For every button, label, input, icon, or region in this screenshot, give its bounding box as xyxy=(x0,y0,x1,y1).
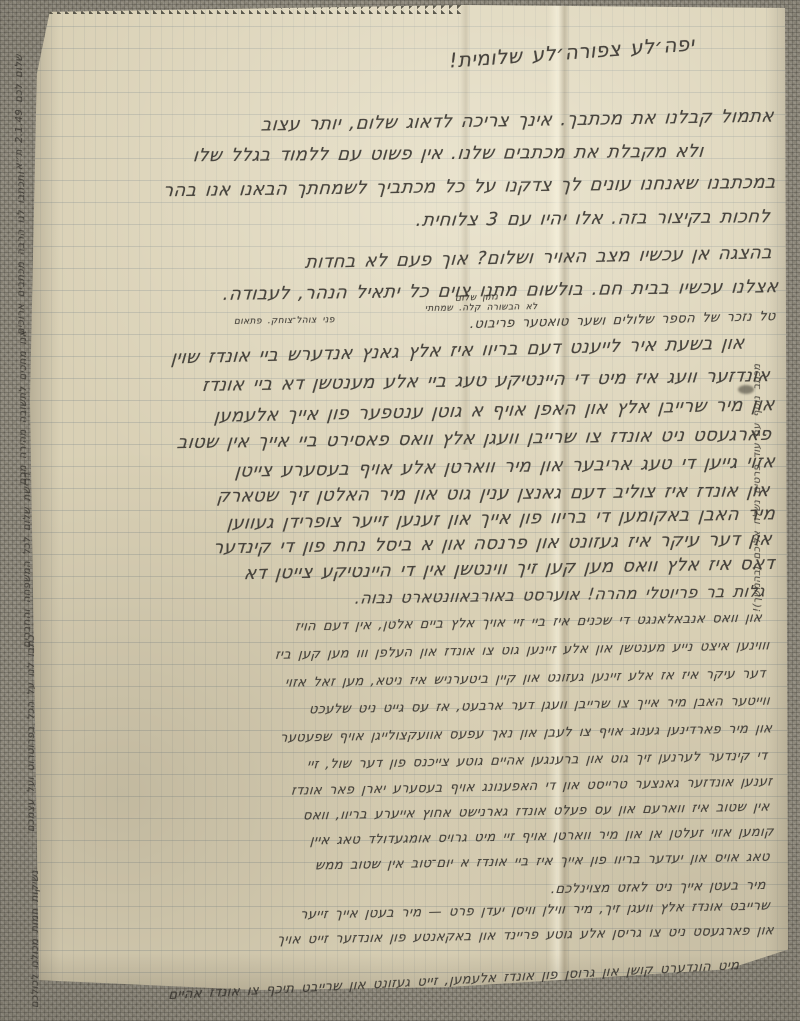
handwritten-line: לחכות בקיצור בזה. אלו יהיו עם 3 צלוחית. xyxy=(415,206,771,231)
interlinear-note: לא הבשורה קלה. שמחתי xyxy=(425,302,538,314)
margin-note-left: אנו מחכים לתשובה מהירה מכם xyxy=(18,330,29,485)
margin-note-left: שלום לכם 2.1.49 ת״א xyxy=(14,54,25,170)
interlinear-note: פני צוהל־צוחק. פתאום xyxy=(234,315,335,327)
margin-note-left: ותכתבו לנו הרבה מכתבים ארוכים xyxy=(16,172,27,335)
handwritten-line: ולא מקבלת את מכתבים שלנו. אין פשוט עם לל… xyxy=(192,141,705,166)
margin-note-right: מכתב נוסף עם עוד פרטים נשלח אליכם (בהמשך… xyxy=(752,364,763,612)
margin-note-left: כתבו לנו על הכל בפרוטרוט ועל עצמכם xyxy=(26,635,37,832)
letter-photograph: יפה׳לע צפורה׳לע שלומית! אתמול קבלנו את מ… xyxy=(0,0,800,1021)
margin-note-left: דרישת שלום לכל המשפחה והחברים xyxy=(22,472,33,648)
margin-note-left: נשיקות חמות מכולנו לכולכם xyxy=(30,870,41,1008)
